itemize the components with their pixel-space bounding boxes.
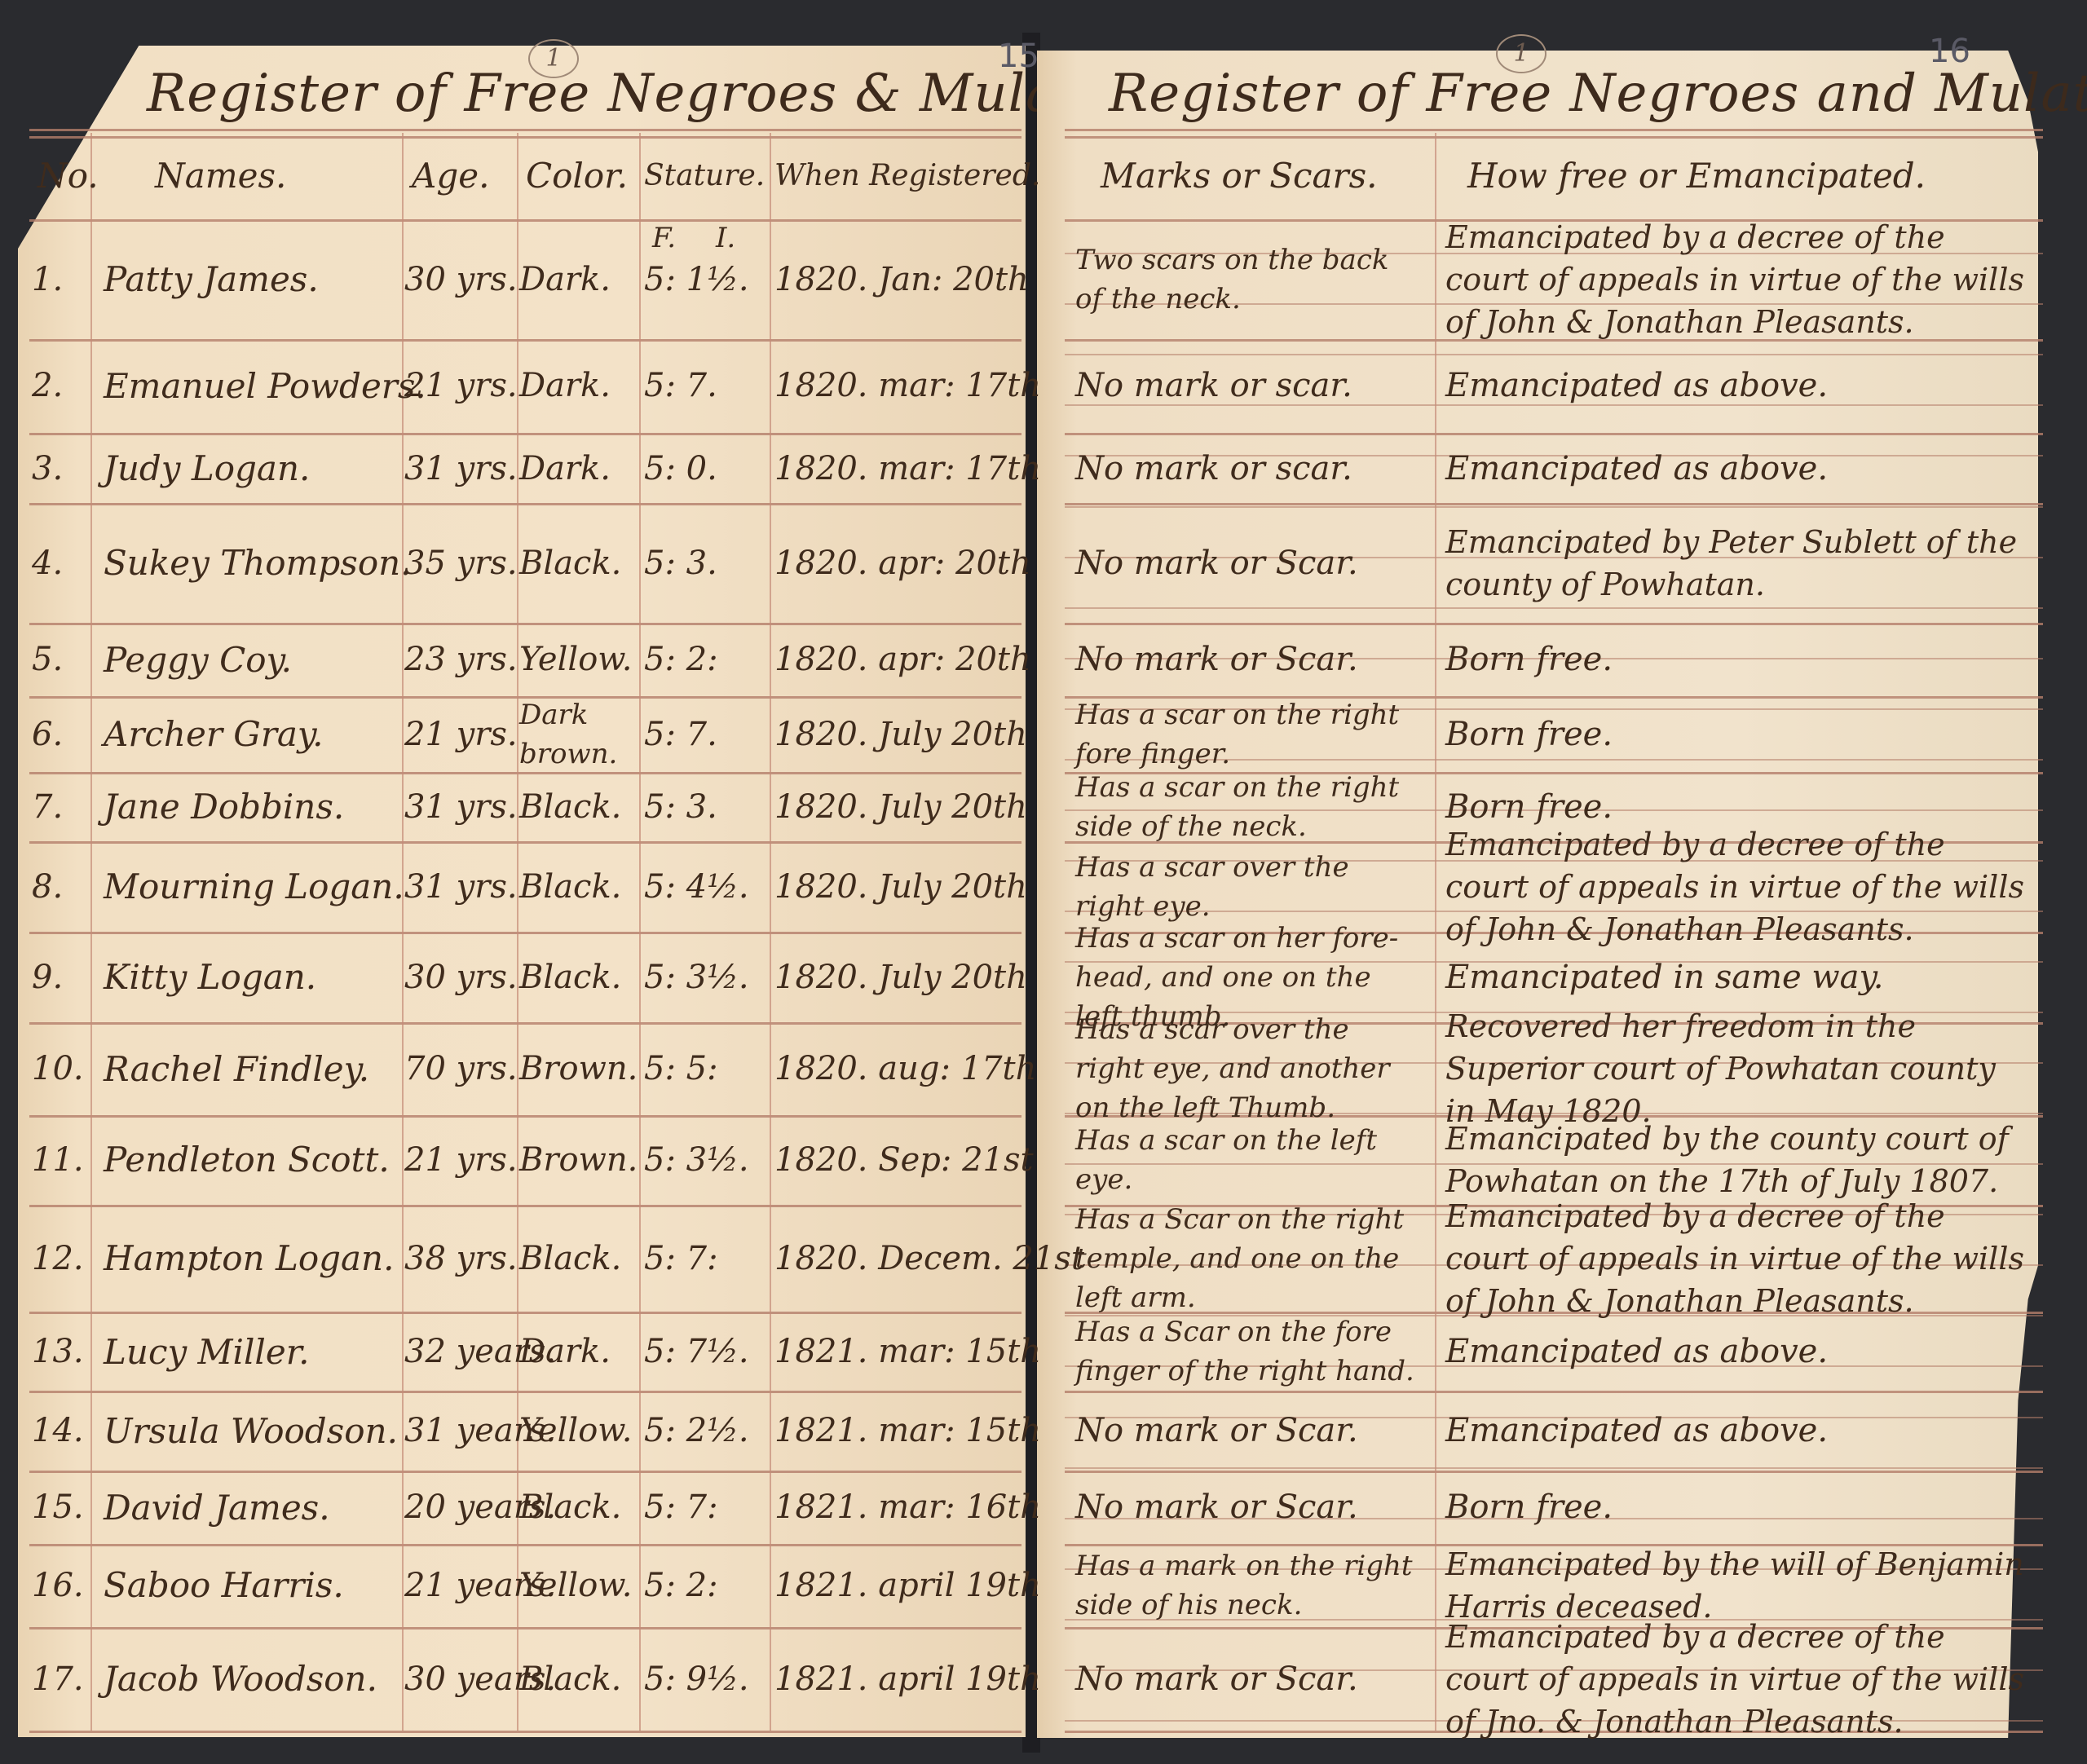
cell-no: 2. <box>32 339 90 432</box>
cell-color: Brown. <box>519 1022 639 1115</box>
cell-stature: 5: 9½. <box>644 1627 770 1731</box>
header-names: Names. <box>155 130 286 220</box>
cell-stature: 5: 7½. <box>644 1312 770 1391</box>
column-divider <box>1435 133 1436 1731</box>
cell-age: 31 years. <box>404 1391 516 1471</box>
cell-marks: No mark or Scar. <box>1075 1471 1424 1544</box>
cell-color: Brown. <box>519 1115 639 1204</box>
cell-how-free: Emancipated by a decree of the court of … <box>1445 1627 2032 1731</box>
cell-registered: 1820. July 20th <box>774 696 1021 772</box>
cell-name: Peggy Coy. <box>104 623 402 696</box>
cell-marks: Two scars on the back of the neck. <box>1075 219 1424 339</box>
cell-name: Hampton Logan. <box>104 1205 402 1312</box>
cell-stature: 5: 7: <box>644 1205 770 1312</box>
page-title-right: Register of Free Negroes and Mulattoes. <box>1109 64 2087 124</box>
cell-stature: 5: 0. <box>644 433 770 504</box>
cell-age: 31 yrs. <box>404 772 516 841</box>
cell-marks: Has a scar on the right fore finger. <box>1075 696 1424 772</box>
cell-age: 30 yrs. <box>404 932 516 1022</box>
cell-no: 8. <box>32 841 90 932</box>
cell-stature: 5: 3½. <box>644 932 770 1022</box>
cell-age: 21 yrs. <box>404 339 516 432</box>
cell-how-free: Emancipated as above. <box>1445 339 2032 432</box>
cell-name: Rachel Findley. <box>104 1022 402 1115</box>
cell-how-free: Emancipated by a decree of the court of … <box>1445 219 2032 339</box>
cell-name: Emanuel Powders. <box>104 339 402 432</box>
cell-color: Black. <box>519 1627 639 1731</box>
cell-marks: Has a scar over the right eye, and anoth… <box>1075 1022 1424 1115</box>
cell-name: Jane Dobbins. <box>104 772 402 841</box>
cell-marks: No mark or Scar. <box>1075 1391 1424 1471</box>
cell-age: 30 yrs. <box>404 219 516 339</box>
cell-age: 38 yrs. <box>404 1205 516 1312</box>
cell-registered: 1820. Sep: 21st <box>774 1115 1021 1204</box>
cell-marks: No mark or Scar. <box>1075 1627 1424 1731</box>
cell-registered: 1820. apr: 20th <box>774 503 1021 623</box>
cell-how-free: Born free. <box>1445 623 2032 696</box>
cell-registered: 1820. Jan: 20th <box>774 219 1021 339</box>
cell-no: 6. <box>32 696 90 772</box>
cell-color: Yellow. <box>519 1544 639 1626</box>
cell-no: 14. <box>32 1391 90 1471</box>
cell-age: 32 years. <box>404 1312 516 1391</box>
cell-age: 21 yrs. <box>404 1115 516 1204</box>
cell-name: Mourning Logan. <box>104 841 402 932</box>
cell-how-free: Recovered her freedom in the Superior co… <box>1445 1022 2032 1115</box>
cell-no: 1. <box>32 219 90 339</box>
cell-stature: 5: 2½. <box>644 1391 770 1471</box>
cell-color: Dark brown. <box>519 696 639 772</box>
cell-name: Judy Logan. <box>104 433 402 504</box>
cell-registered: 1820. July 20th <box>774 932 1021 1022</box>
cell-stature: 5: 5: <box>644 1022 770 1115</box>
cell-marks: Has a Scar on the right temple, and one … <box>1075 1205 1424 1312</box>
cell-color: Black. <box>519 932 639 1022</box>
header-age: Age. <box>412 130 489 220</box>
cell-marks: Has a scar on the right side of the neck… <box>1075 772 1424 841</box>
cell-no: 7. <box>32 772 90 841</box>
cell-no: 17. <box>32 1627 90 1731</box>
cell-name: Ursula Woodson. <box>104 1391 402 1471</box>
cell-no: 9. <box>32 932 90 1022</box>
cell-stature: 5: 3½. <box>644 1115 770 1204</box>
cell-no: 3. <box>32 433 90 504</box>
cell-registered: 1820. apr: 20th <box>774 623 1021 696</box>
cell-no: 12. <box>32 1205 90 1312</box>
cell-marks: Has a scar on her fore-head, and one on … <box>1075 932 1424 1022</box>
cell-age: 21 years. <box>404 1544 516 1626</box>
cell-color: Yellow. <box>519 1391 639 1471</box>
cell-stature: 5: 3. <box>644 503 770 623</box>
cell-age: 35 yrs. <box>404 503 516 623</box>
cell-registered: 1821. mar: 15th <box>774 1391 1021 1471</box>
cell-name: Jacob Woodson. <box>104 1627 402 1731</box>
cell-marks: Has a scar on the left eye. <box>1075 1115 1424 1204</box>
cell-age: 21 yrs. <box>404 696 516 772</box>
cell-no: 13. <box>32 1312 90 1391</box>
cell-marks: No mark or Scar. <box>1075 503 1424 623</box>
cell-how-free: Emancipated as above. <box>1445 1391 2032 1471</box>
cell-stature: 5: 3. <box>644 772 770 841</box>
cell-age: 30 years. <box>404 1627 516 1731</box>
cell-registered: 1821. april 19th <box>774 1544 1021 1626</box>
cell-no: 5. <box>32 623 90 696</box>
cell-color: Dark. <box>519 433 639 504</box>
cell-marks: Has a mark on the right side of his neck… <box>1075 1544 1424 1626</box>
cell-registered: 1820. July 20th <box>774 841 1021 932</box>
header-how-free: How free or Emancipated. <box>1467 130 1926 220</box>
cell-no: 16. <box>32 1544 90 1626</box>
cell-how-free: Emancipated by the will of Benjamin Harr… <box>1445 1544 2032 1626</box>
cell-no: 10. <box>32 1022 90 1115</box>
cell-no: 11. <box>32 1115 90 1204</box>
cell-name: Sukey Thompson. <box>104 503 402 623</box>
cell-color: Yellow. <box>519 623 639 696</box>
cell-marks: No mark or scar. <box>1075 433 1424 504</box>
cell-stature: 5: 2: <box>644 1544 770 1626</box>
cell-stature: 5: 4½. <box>644 841 770 932</box>
cell-color: Black. <box>519 1205 639 1312</box>
cell-stature: 5: 7. <box>644 339 770 432</box>
cell-age: 31 yrs. <box>404 841 516 932</box>
column-divider <box>770 133 771 1731</box>
cell-how-free: Emancipated by the county court of Powha… <box>1445 1115 2032 1204</box>
cell-color: Black. <box>519 503 639 623</box>
cell-name: Patty James. <box>104 219 402 339</box>
cell-registered: 1820. July 20th <box>774 772 1021 841</box>
cell-registered: 1820. mar: 17th <box>774 339 1021 432</box>
cell-color: Dark. <box>519 339 639 432</box>
cell-how-free: Emancipated by a decree of the court of … <box>1445 1205 2032 1312</box>
cell-stature: 5: 7. <box>644 696 770 772</box>
cell-how-free: Emancipated as above. <box>1445 433 2032 504</box>
cell-no: 4. <box>32 503 90 623</box>
cell-how-free: Emancipated by Peter Sublett of the coun… <box>1445 503 2032 623</box>
cell-registered: 1821. april 19th <box>774 1627 1021 1731</box>
cell-how-free: Born free. <box>1445 696 2032 772</box>
cell-marks: No mark or scar. <box>1075 339 1424 432</box>
cell-registered: 1820. Decem. 21st <box>774 1205 1021 1312</box>
cell-color: Dark. <box>519 1312 639 1391</box>
cell-no: 15. <box>32 1471 90 1544</box>
cell-age: 23 yrs. <box>404 623 516 696</box>
cell-registered: 1821. mar: 15th <box>774 1312 1021 1391</box>
cell-marks: Has a Scar on the fore finger of the rig… <box>1075 1312 1424 1391</box>
cell-name: Archer Gray. <box>104 696 402 772</box>
cell-name: Kitty Logan. <box>104 932 402 1022</box>
column-divider <box>639 133 641 1731</box>
rule-line <box>29 1731 1021 1733</box>
header-marks-or-scars: Marks or Scars. <box>1101 130 1378 220</box>
header-when-registered: When Registered. <box>774 130 1040 220</box>
cell-marks: No mark or Scar. <box>1075 623 1424 696</box>
cell-name: Lucy Miller. <box>104 1312 402 1391</box>
cell-age: 31 yrs. <box>404 433 516 504</box>
cell-stature: 5: 2: <box>644 623 770 696</box>
column-divider <box>90 133 92 1731</box>
cell-color: Black. <box>519 841 639 932</box>
cell-name: Pendleton Scott. <box>104 1115 402 1204</box>
cell-registered: 1821. mar: 16th <box>774 1471 1021 1544</box>
cell-age: 70 yrs. <box>404 1022 516 1115</box>
cell-how-free: Emancipated as above. <box>1445 1312 2032 1391</box>
cell-stature: 5: 7: <box>644 1471 770 1544</box>
cell-color: Black. <box>519 772 639 841</box>
cell-color: Dark. <box>519 219 639 339</box>
cell-name: David James. <box>104 1471 402 1544</box>
cell-stature: 5: 1½. <box>644 219 770 339</box>
header-color: Color. <box>526 130 628 220</box>
cell-registered: 1820. aug: 17th <box>774 1022 1021 1115</box>
cell-registered: 1820. mar: 17th <box>774 433 1021 504</box>
cell-age: 20 years. <box>404 1471 516 1544</box>
cell-how-free: Born free. <box>1445 1471 2032 1544</box>
header-no: No. <box>38 130 99 220</box>
header-stature: Stature. <box>644 130 765 220</box>
cell-name: Saboo Harris. <box>104 1544 402 1626</box>
cell-color: Black. <box>519 1471 639 1544</box>
cell-how-free: Emancipated by a decree of the court of … <box>1445 841 2032 932</box>
